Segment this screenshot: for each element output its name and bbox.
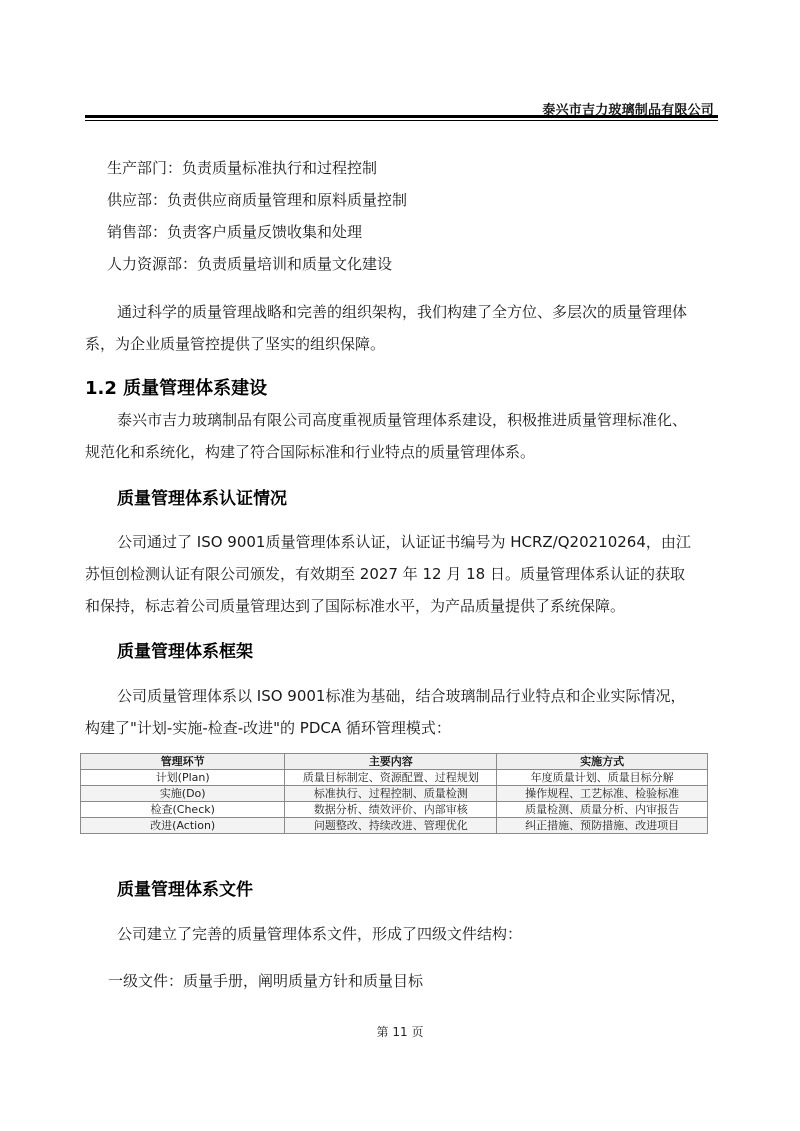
table-cell: 检查(Check) <box>81 802 285 818</box>
table-header-row: 管理环节 主要内容 实施方式 <box>81 754 708 770</box>
table-cell: 年度质量计划、质量目标分解 <box>497 770 708 786</box>
documents-intro: 公司建立了完善的质量管理体系文件，形成了四级文件结构： <box>117 923 522 944</box>
department-item: 供应部：负责供应商质量管理和原料质量控制 <box>107 189 407 210</box>
table-cell: 操作规程、工艺标准、检验标准 <box>497 786 708 802</box>
subheading-certification: 质量管理体系认证情况 <box>117 484 287 509</box>
table-row: 检查(Check) 数据分析、绩效评价、内部审核 质量检测、质量分析、内审报告 <box>81 802 708 818</box>
pdca-table: 管理环节 主要内容 实施方式 计划(Plan) 质量目标制定、资源配置、过程规划… <box>80 753 708 834</box>
column-header: 管理环节 <box>81 754 285 770</box>
table-cell: 数据分析、绩效评价、内部审核 <box>285 802 497 818</box>
table-row: 改进(Action) 问题整改、持续改进、管理优化 纠正措施、预防措施、改进项目 <box>81 818 708 834</box>
paragraph-line: 规范化和系统化，构建了符合国际标准和行业特点的质量管理体系。 <box>85 441 535 462</box>
subheading-framework: 质量管理体系框架 <box>117 637 253 662</box>
paragraph-line: 苏恒创检测认证有限公司颁发，有效期至 2027 年 12 月 18 日。质量管理… <box>85 563 685 584</box>
header-rule-thick <box>85 115 718 118</box>
subheading-documents: 质量管理体系文件 <box>117 875 253 900</box>
table-cell: 纠正措施、预防措施、改进项目 <box>497 818 708 834</box>
department-item: 人力资源部：负责质量培训和质量文化建设 <box>107 253 392 274</box>
table-row: 实施(Do) 标准执行、过程控制、质量检测 操作规程、工艺标准、检验标准 <box>81 786 708 802</box>
paragraph-line: 泰兴市吉力玻璃制品有限公司高度重视质量管理体系建设，积极推进质量管理标准化、 <box>117 409 687 430</box>
department-item: 销售部：负责客户质量反馈收集和处理 <box>107 221 362 242</box>
table-cell: 标准执行、过程控制、质量检测 <box>285 786 497 802</box>
paragraph-line: 和保持，标志着公司质量管理达到了国际标准水平，为产品质量提供了系统保障。 <box>85 595 625 616</box>
column-header: 实施方式 <box>497 754 708 770</box>
paragraph-line: 构建了"计划-实施-检查-改进"的 PDCA 循环管理模式： <box>85 717 451 738</box>
table-cell: 实施(Do) <box>81 786 285 802</box>
paragraph-line: 系，为企业质量管控提供了坚实的组织保障。 <box>85 333 385 354</box>
table-cell: 问题整改、持续改进、管理优化 <box>285 818 497 834</box>
page-number: 第 11 页 <box>0 1023 800 1040</box>
table-cell: 计划(Plan) <box>81 770 285 786</box>
document-level-1: 一级文件：质量手册，阐明质量方针和质量目标 <box>108 970 423 991</box>
paragraph-line: 公司质量管理体系以 ISO 9001标准为基础，结合玻璃制品行业特点和企业实际情… <box>117 685 685 706</box>
section-heading-1-2: 1.2 质量管理体系建设 <box>85 374 267 400</box>
header-rule-thin <box>85 120 718 121</box>
table-row: 计划(Plan) 质量目标制定、资源配置、过程规划 年度质量计划、质量目标分解 <box>81 770 708 786</box>
table-cell: 质量目标制定、资源配置、过程规划 <box>285 770 497 786</box>
table-cell: 质量检测、质量分析、内审报告 <box>497 802 708 818</box>
paragraph-line: 公司通过了 ISO 9001质量管理体系认证，认证证书编号为 HCRZ/Q202… <box>117 531 691 552</box>
department-item: 生产部门：负责质量标准执行和过程控制 <box>107 157 377 178</box>
column-header: 主要内容 <box>285 754 497 770</box>
paragraph-line: 通过科学的质量管理战略和完善的组织架构，我们构建了全方位、多层次的质量管理体 <box>117 301 687 322</box>
table-cell: 改进(Action) <box>81 818 285 834</box>
